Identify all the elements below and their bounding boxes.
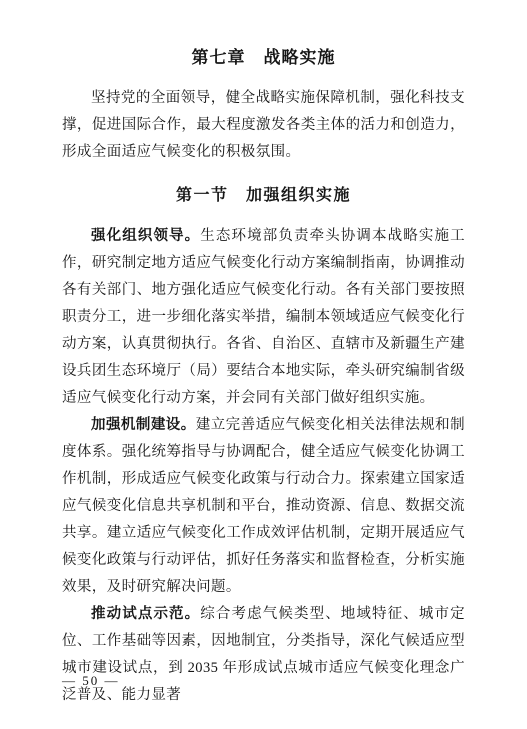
section-title: 第一节 加强组织实施 (62, 182, 465, 209)
page-number: — 50 — (62, 673, 120, 689)
paragraph-2-lead: 加强机制建设。 (91, 417, 196, 433)
intro-paragraph: 坚持党的全面领导，健全战略实施保障机制，强化科技支撑，促进国际合作，最大程度激发… (62, 85, 465, 166)
paragraph-2-text: 建立完善适应气候变化相关法律法规和制度体系。强化统筹指导与协调配合，健全适应气候… (62, 417, 465, 595)
paragraph-1-text: 生态环境部负责牵头协调本战略实施工作，研究制定地方适应气候变化行动方案编制指南，… (62, 228, 465, 406)
body-paragraph-3: 推动试点示范。综合考虑气候类型、地域特征、城市定位、工作基础等因素，因地制宜，分… (62, 601, 465, 709)
document-page: 第七章 战略实施 坚持党的全面领导，健全战略实施保障机制，强化科技支撑，促进国际… (0, 0, 527, 729)
chapter-title: 第七章 战略实施 (62, 44, 465, 71)
body-paragraph-2: 加强机制建设。建立完善适应气候变化相关法律法规和制度体系。强化统筹指导与协调配合… (62, 412, 465, 601)
paragraph-3-lead: 推动试点示范。 (91, 606, 200, 622)
paragraph-1-lead: 强化组织领导。 (91, 228, 200, 244)
body-paragraph-1: 强化组织领导。生态环境部负责牵头协调本战略实施工作，研究制定地方适应气候变化行动… (62, 223, 465, 412)
